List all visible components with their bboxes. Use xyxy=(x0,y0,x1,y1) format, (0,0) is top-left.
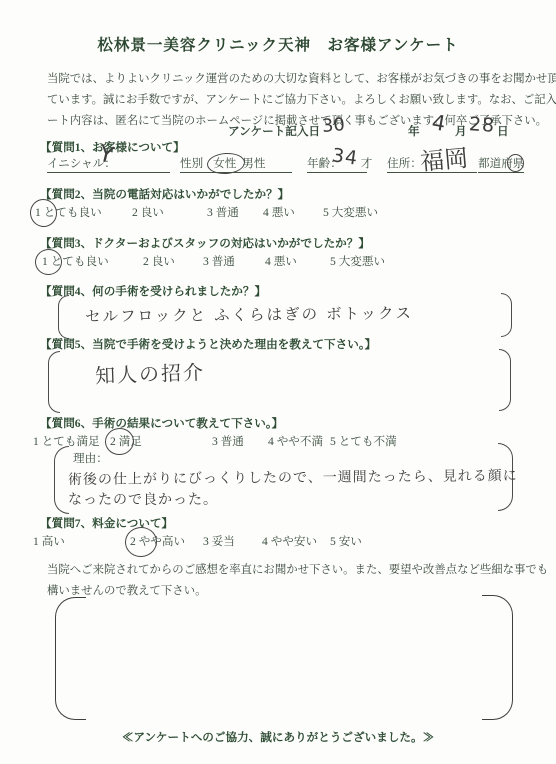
q1-age-unit: 才 xyxy=(361,157,373,170)
q7-option-3: 3 妥当 xyxy=(203,533,235,549)
date-day-label: 日 xyxy=(497,123,509,139)
q3-option-2: 2 良い xyxy=(143,253,175,269)
q7-option-4: 4 やや安い xyxy=(262,533,317,549)
q7-option-5: 5 安い xyxy=(330,533,362,549)
q5-answer-bracket-left xyxy=(48,351,60,413)
q4-answer-bracket-left xyxy=(58,295,69,339)
date-label: アンケート記入日 xyxy=(228,123,320,139)
q3-option-4: 4 悪い xyxy=(265,253,297,269)
q2-option-4: 4 悪い xyxy=(263,204,295,220)
q1-address-label: 住所： xyxy=(387,157,422,170)
free-comment-bracket-left xyxy=(55,597,86,720)
q5-header: 【質問5、当院で手術を受けようと決めた理由を教えて下さい。】 xyxy=(40,336,376,352)
q6-reason-line-2: なったので良かった。 xyxy=(68,489,218,509)
date-month-value: 4 xyxy=(430,110,447,136)
q3-option-5: 5 大変悪い xyxy=(330,253,385,269)
free-comment-bracket-right xyxy=(482,595,513,720)
closing-message: ≪アンケートへのご協力、誠にありがとうございました。≫ xyxy=(0,729,556,745)
intro-line: ています。誠にお手数ですが、アンケートにご協力下さい。よろしくお願い致します。な… xyxy=(47,91,556,107)
q1-prefecture-selection-circle xyxy=(507,154,524,172)
date-year-value: 30 xyxy=(321,114,346,137)
q6-option-4: 4 やや不満 xyxy=(268,433,323,449)
q1-gender-option-male: 男性 xyxy=(242,157,265,170)
q3-selection-circle xyxy=(33,247,63,277)
q5-answer-bracket-right xyxy=(499,349,511,411)
q6-header: 【質問6、手術の結果について教えて下さい。】 xyxy=(40,415,283,431)
q6-option-3: 3 普通 xyxy=(212,433,244,449)
q4-answer-handwriting: セルフロックと ふくらはぎの ボトックス xyxy=(85,301,413,326)
q2-option-3: 3 普通 xyxy=(207,204,239,220)
q2-header: 【質問2、当院の電話対応はいかがでしたか？】 xyxy=(40,186,289,202)
q6-option-5: 5 とても不満 xyxy=(330,433,397,449)
q5-answer-handwriting: 知人の招介 xyxy=(95,356,206,389)
scanned-survey-page: 松林景一美容クリニック天神 お客様アンケート 当院では、よりよいクリニック運営の… xyxy=(0,0,556,764)
page-title: 松林景一美容クリニック天神 お客様アンケート xyxy=(0,33,556,55)
intro-line: 当院では、よりよいクリニック運営のための大切な資料として、お客様がお気づきの事を… xyxy=(47,70,556,86)
q4-header: 【質問4、何の手術を受けられましたか？】 xyxy=(40,283,266,299)
free-comment-prompt-line: 構いませんので教えて下さい。 xyxy=(47,582,206,598)
q3-header: 【質問3、ドクターおよびスタッフの対応はいかがでしたか？】 xyxy=(40,235,370,251)
q1-gender-label: 性別 xyxy=(180,157,203,170)
q6-reason-line-1: 術後の仕上がりにびっくりしたので、一週間たったら、見れる顔に xyxy=(68,465,518,489)
q1-address-value: 福岡 xyxy=(419,138,470,177)
q6-selection-circle xyxy=(104,427,136,457)
q4-answer-bracket-right xyxy=(501,293,512,337)
q2-option-5: 5 大変悪い xyxy=(323,204,378,220)
date-month-label: 月 xyxy=(455,123,467,139)
q7-option-1: 1 高い xyxy=(33,533,65,549)
q3-option-3: 3 普通 xyxy=(203,253,235,269)
q7-header: 【質問7、料金について】 xyxy=(40,515,173,531)
date-day-value: 28 xyxy=(468,113,496,137)
q1-age-value: 34 xyxy=(331,144,360,169)
q6-reason-label: 理由： xyxy=(73,450,108,466)
q6-reason-bracket-left xyxy=(54,446,69,514)
q2-option-2: 2 良い xyxy=(132,204,164,220)
date-year-label: 年 xyxy=(408,123,420,139)
free-comment-prompt-line: 当院へご来院されてからのご感想を率直にお聞かせ下さい。また、要望や改善点など些細… xyxy=(47,561,548,577)
